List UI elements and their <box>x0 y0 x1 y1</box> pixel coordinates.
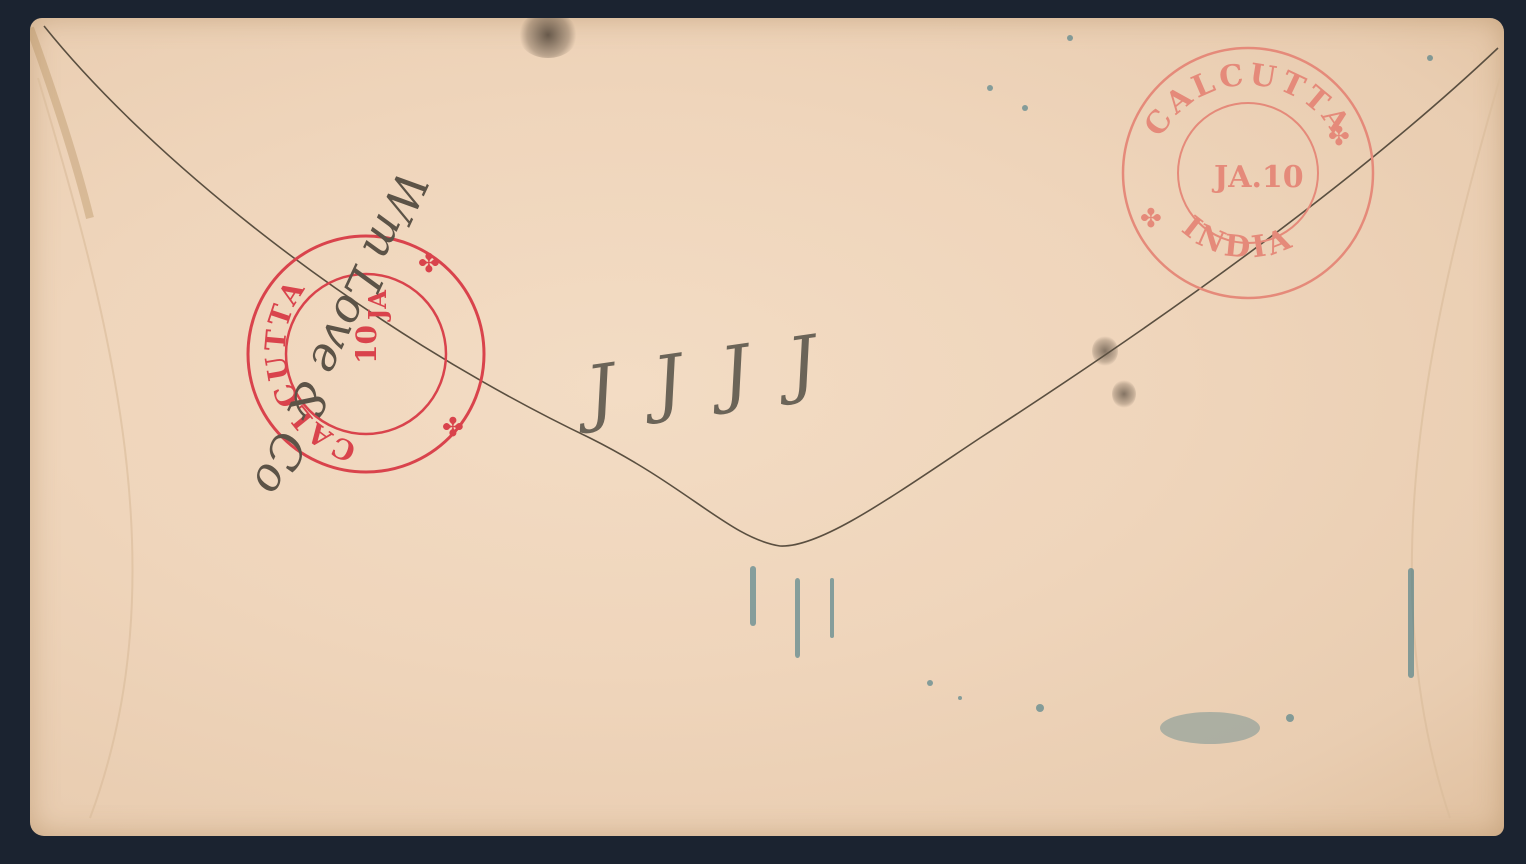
envelope-back: CALCUTTA INDIA JA.10 ✤ ✤ CALCUTTA <box>30 18 1504 836</box>
svg-text:✤: ✤ <box>418 249 440 279</box>
svg-text:CALCUTTA: CALCUTTA <box>1138 57 1359 143</box>
svg-text:✤: ✤ <box>1328 122 1350 152</box>
photo-stage: CALCUTTA INDIA JA.10 ✤ ✤ CALCUTTA <box>0 0 1526 864</box>
svg-text:J J J J: J J J J <box>568 318 830 436</box>
svg-text:✤: ✤ <box>442 413 464 443</box>
handwriting-initials: J J J J <box>568 318 830 436</box>
svg-text:JA.10: JA.10 <box>1211 160 1304 195</box>
postmark-calcutta-india: CALCUTTA INDIA JA.10 ✤ ✤ <box>1123 48 1373 298</box>
stain-corner-left <box>30 28 90 218</box>
envelope-drawing: CALCUTTA INDIA JA.10 ✤ ✤ CALCUTTA <box>30 18 1504 836</box>
flap-crease-right <box>1412 78 1500 818</box>
svg-text:✤: ✤ <box>1140 204 1162 234</box>
svg-text:INDIA: INDIA <box>1175 209 1299 266</box>
